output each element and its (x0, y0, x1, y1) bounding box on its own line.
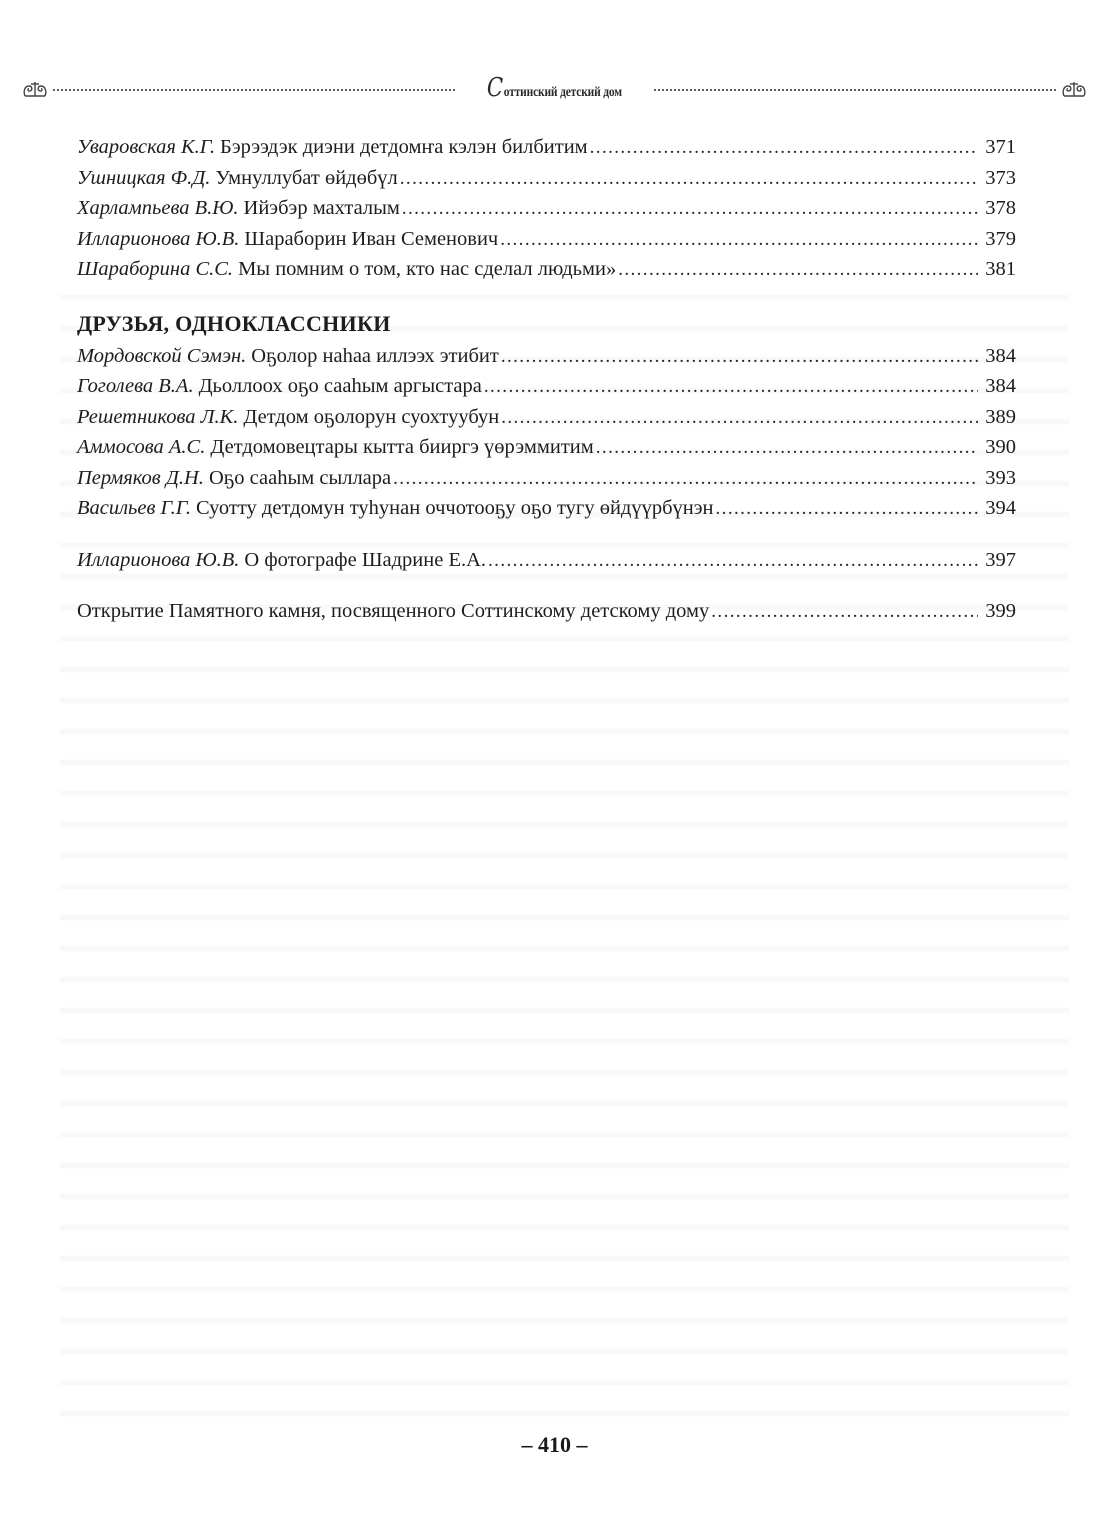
folk-ornament-icon (22, 78, 48, 100)
toc-entry-author: Илларионова Ю.В. (77, 545, 239, 576)
toc-entry-page: 393 (980, 463, 1016, 494)
header-dotted-rule-right (653, 89, 1057, 91)
toc-entry[interactable]: Илларионова Ю.В. Шараборин Иван Семенови… (77, 224, 1016, 255)
toc-entry-title: О фотографе Шадрине Е.А. (244, 545, 486, 576)
dot-leader (716, 493, 978, 525)
toc-entry-page: 390 (980, 432, 1016, 463)
toc-entry-title: Детдом оҕолорун суохтуубун (243, 402, 499, 433)
section-heading: ДРУЗЬЯ, ОДНОКЛАССНИКИ (77, 309, 1016, 339)
toc-entry[interactable]: Васильев Г.Г. Суотту детдомун туһунан оч… (77, 493, 1016, 524)
toc-entry-page: 371 (980, 132, 1016, 163)
toc-entry-title: Открытие Памятного камня, посвященного С… (77, 596, 709, 627)
dot-leader (400, 163, 978, 195)
toc-entry-author: Васильев Г.Г. (77, 493, 191, 524)
toc-entry-author: Мордовской Сэмэн. (77, 341, 246, 372)
toc-entry[interactable]: Решетникова Л.К. Детдом оҕолорун суохтуу… (77, 402, 1016, 433)
toc-entry-page: 379 (980, 224, 1016, 255)
toc-entry-title: Дьоллоох оҕо сааһым аргыстара (199, 371, 482, 402)
toc-entry-memorial-stone[interactable]: Открытие Памятного камня, посвященного С… (77, 596, 1016, 627)
toc-entry-page: 373 (980, 163, 1016, 194)
running-head-initial: С (487, 78, 503, 98)
toc-entry-author: Гоголева В.А. (77, 371, 194, 402)
dot-leader (618, 254, 978, 286)
toc-entry-page: 378 (980, 193, 1016, 224)
spacer (77, 575, 1016, 596)
toc-entry-page: 394 (980, 493, 1016, 524)
toc-entry[interactable]: Гоголева В.А. Дьоллоох оҕо сааһым аргыст… (77, 371, 1016, 402)
toc-entry-title: Бэрээдэк диэни детдомҥа кэлэн билбитим (220, 132, 588, 163)
spacer (77, 524, 1016, 545)
dot-leader (488, 545, 978, 577)
toc-entry-page: 397 (980, 545, 1016, 576)
toc-entry-title: Суотту детдомун туһунан оччотооҕу оҕо ту… (196, 493, 714, 524)
dot-leader (711, 596, 978, 628)
running-head: Соттинский детский дом (22, 74, 1087, 104)
header-dotted-rule-left (52, 89, 456, 91)
toc-entry-title: Детдомовецтары кытта бииргэ үөрэммитим (210, 432, 593, 463)
running-head-text: оттинский детский дом (504, 85, 622, 101)
toc-entry[interactable]: Аммосова А.С. Детдомовецтары кытта биирг… (77, 432, 1016, 463)
toc-entry-page: 384 (980, 371, 1016, 402)
toc-entry[interactable]: Ушницкая Ф.Д. Умнуллубат өйдөбүл 373 (77, 163, 1016, 194)
toc-entry-title: Оҕо сааһым сыллара (209, 463, 391, 494)
toc-entry-author: Илларионова Ю.В. (77, 224, 239, 255)
toc-entry-author: Ушницкая Ф.Д. (77, 163, 210, 194)
toc-entry-page: 399 (980, 596, 1016, 627)
dot-leader (501, 402, 978, 434)
toc-entry-title: Оҕолор наһаа иллээх этибит (251, 341, 499, 372)
toc-group-top: Уваровская К.Г. Бэрээдэк диэни детдомҥа … (77, 132, 1016, 285)
toc-entry-photographer[interactable]: Илларионова Ю.В. О фотографе Шадрине Е.А… (77, 545, 1016, 576)
toc-entry-author: Аммосова А.С. (77, 432, 205, 463)
toc-entry-page: 381 (980, 254, 1016, 285)
toc-entry-author: Пермяков Д.Н. (77, 463, 204, 494)
dot-leader (402, 193, 978, 225)
toc-entry-title: Умнуллубат өйдөбүл (215, 163, 397, 194)
page-number: – 410 – (0, 1432, 1109, 1458)
dot-leader (501, 341, 978, 373)
toc-entry[interactable]: Харлампьева В.Ю. Ийэбэр махталым 378 (77, 193, 1016, 224)
dot-leader (500, 224, 978, 256)
toc-entry-title: Ийэбэр махталым (244, 193, 400, 224)
table-of-contents: Уваровская К.Г. Бэрээдэк диэни детдомҥа … (77, 132, 1016, 627)
dot-leader (590, 132, 978, 164)
running-head-title: Соттинский детский дом (477, 78, 632, 101)
dot-leader (484, 371, 978, 403)
toc-entry-author: Шараборина С.С. (77, 254, 233, 285)
toc-entry-title: Мы помним о том, кто нас сделал людьми» (238, 254, 616, 285)
toc-entry-author: Уваровская К.Г. (77, 132, 215, 163)
toc-entry[interactable]: Уваровская К.Г. Бэрээдэк диэни детдомҥа … (77, 132, 1016, 163)
toc-entry-author: Харлампьева В.Ю. (77, 193, 239, 224)
toc-entry[interactable]: Пермяков Д.Н. Оҕо сааһым сыллара 393 (77, 463, 1016, 494)
folk-ornament-icon (1061, 78, 1087, 100)
dot-leader (596, 432, 978, 464)
toc-entry-page: 389 (980, 402, 1016, 433)
toc-entry-title: Шараборин Иван Семенович (244, 224, 498, 255)
toc-entry-page: 384 (980, 341, 1016, 372)
toc-entry-author: Решетникова Л.К. (77, 402, 238, 433)
dot-leader (393, 463, 978, 495)
toc-entry[interactable]: Шараборина С.С. Мы помним о том, кто нас… (77, 254, 1016, 285)
toc-entry[interactable]: Мордовской Сэмэн. Оҕолор наһаа иллээх эт… (77, 341, 1016, 372)
toc-group-friends: Мордовской Сэмэн. Оҕолор наһаа иллээх эт… (77, 341, 1016, 524)
